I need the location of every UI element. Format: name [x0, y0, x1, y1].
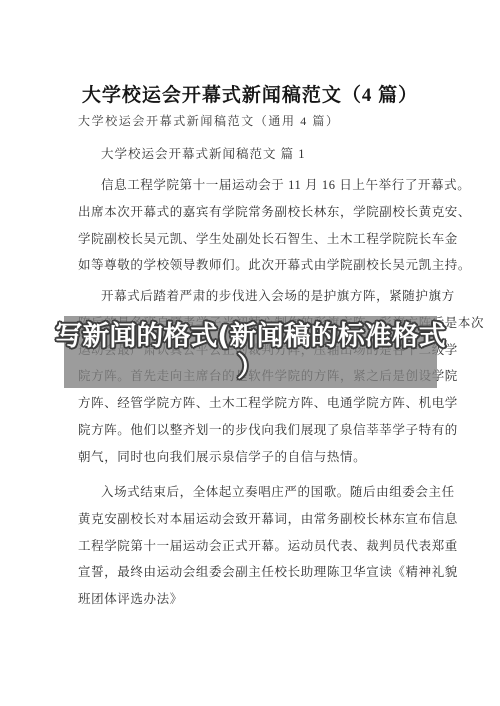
text-line: 学院副校长吴元凯、学生处副处长石智生、土木工程学院院长车金	[78, 226, 424, 253]
text-line: 工程学院第十一届运动会正式开幕。运动员代表、裁判员代表郑重	[78, 533, 424, 560]
text-line: 院方阵。他们以整齐划一的步伐向我们展现了泉信莘莘学子特有的	[78, 417, 424, 444]
document-title: 大学校运会开幕式新闻稿范文（4 篇）	[0, 80, 500, 107]
text-line: 宣誓，最终由运动会组委会副主任校长助理陈卫华宣读《精神礼貌	[78, 559, 424, 586]
text-line: 如等尊敬的学校领导教师们。此次开幕式由学院副校长吴元凯主持。	[78, 252, 424, 279]
watermark-banner-text-line2: ）	[237, 350, 264, 385]
section-heading-part-1: 大学校运会开幕式新闻稿范文 篇 1	[101, 144, 306, 162]
document-subtitle: 大学校运会开幕式新闻稿范文（通用 4 篇）	[78, 112, 340, 129]
text-line: 朝气，同时也向我们展示泉信学子的自信与热情。	[78, 444, 424, 471]
watermark-banner-text-line1: 写新闻的格式(新闻稿的标准格式	[55, 319, 445, 354]
paragraph-opening-ceremony-intro: 信息工程学院第十一届运动会于 11 月 16 日上午举行了开幕式。出席本次开幕式…	[78, 172, 424, 279]
text-line: 黄克安副校长对本届运动会致开幕词，由常务副校长林东宣布信息	[78, 506, 424, 533]
document-page: 大学校运会开幕式新闻稿范文（4 篇） 大学校运会开幕式新闻稿范文（通用 4 篇）…	[0, 0, 500, 706]
text-line: 开幕式后踏着严肃的步伐进入会场的是护旗方阵，紧随护旗方	[78, 283, 424, 310]
text-line: 方阵、经管学院方阵、土木工程学院方阵、电通学院方阵、机电学	[78, 390, 424, 417]
text-line: 信息工程学院第十一届运动会于 11 月 16 日上午举行了开幕式。	[78, 172, 424, 199]
watermark-ad-banner[interactable]: 写新闻的格式(新闻稿的标准格式 ）	[64, 316, 437, 388]
text-line: 出席本次开幕式的嘉宾有学院常务副校长林东，学院副校长黄克安、	[78, 199, 424, 226]
text-line: 班团体评选办法》	[78, 586, 424, 613]
text-line: 入场式结束后，全体起立奏唱庄严的国歌。随后由组委会主任	[78, 479, 424, 506]
paragraph-ceremony-conclusion: 入场式结束后，全体起立奏唱庄严的国歌。随后由组委会主任黄克安副校长对本届运动会致…	[78, 479, 424, 613]
